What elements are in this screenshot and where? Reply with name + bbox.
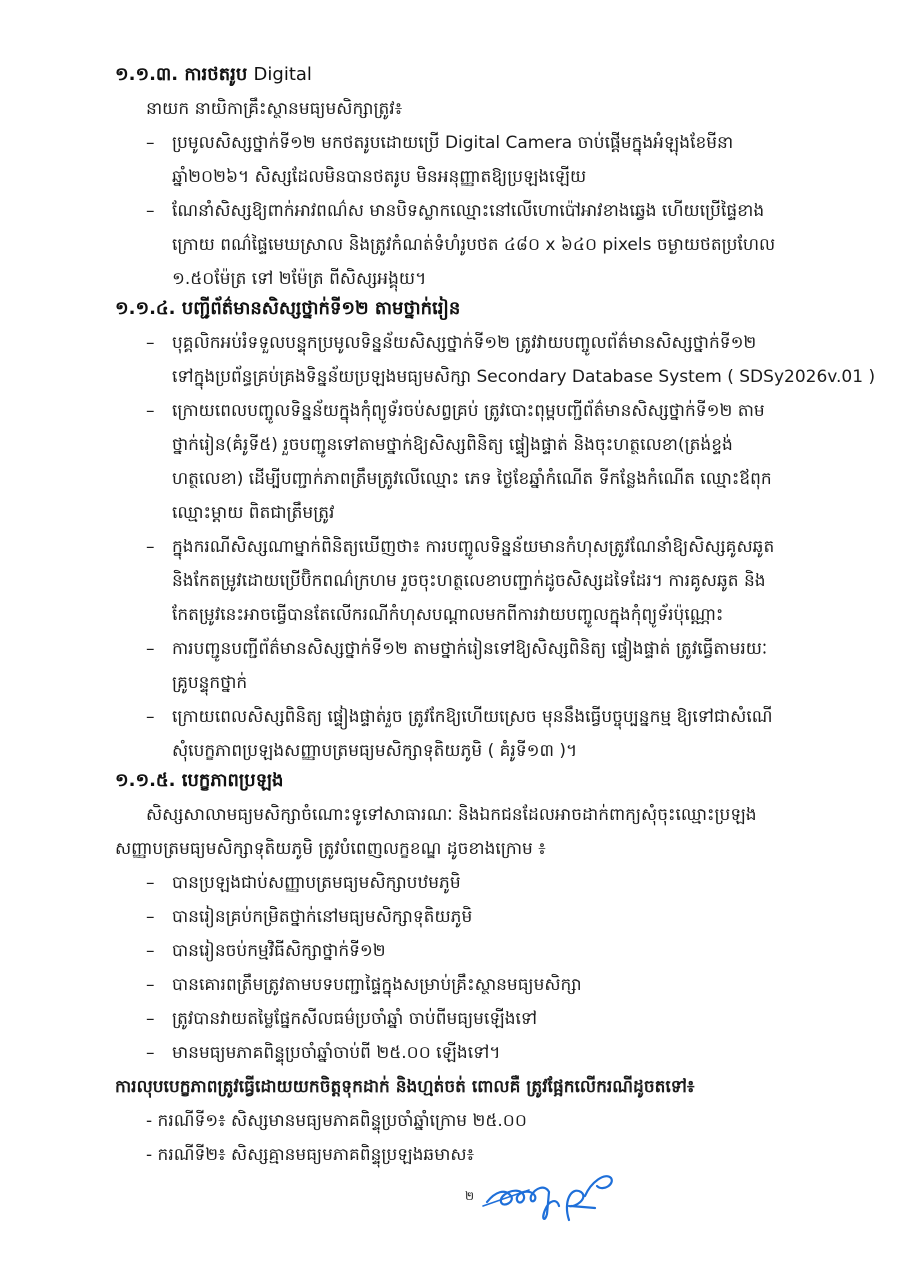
condition-item: –មានមធ្យមភាគពិន្ទុប្រចាំឆ្នាំចាប់ពី ២៥.០…	[146, 1036, 501, 1070]
bullet-line: –បុគ្គលិកអប់រំទទួលបន្ទុកប្រមូលទិន្នន័យសិ…	[146, 326, 756, 360]
bullet-line: ឈ្មោះម្តាយ ពិតជាត្រឹមត្រូវ	[172, 496, 334, 530]
bullet-line: –ប្រមូលសិស្សថ្នាក់ទី១២ មកថតរូបដោយប្រើ Di…	[146, 126, 733, 160]
dash-marker: –	[146, 1036, 172, 1070]
bullet-line: កែតម្រូវនេះអាចធ្វើបានតែលើករណីកំហុសបណ្តាល…	[172, 598, 723, 632]
dash-marker: –	[146, 194, 172, 228]
section-title: ការថតរូប	[184, 64, 247, 85]
bullet-line: ១.៥០ម៉ែត្រ ទៅ ២ម៉ែត្រ ពីសិស្សអង្គុយ។	[172, 262, 426, 296]
condition-item: –បានប្រឡងជាប់សញ្ញាបត្រមធ្យមសិក្សាបឋមភូមិ	[146, 866, 461, 900]
section-number: ១.១.៤.	[115, 298, 176, 319]
bullet-line: ទៅក្នុងប្រព័ន្ធគ្រប់គ្រងទិន្នន័យប្រឡងមធ្…	[172, 360, 875, 394]
condition-text: បានរៀនចប់កម្មវិធីសិក្សាថ្នាក់ទី១២	[172, 941, 386, 961]
dash-marker: –	[146, 900, 172, 934]
condition-text: បានរៀនគ្រប់កម្រិតថ្នាក់នៅមធ្យមសិក្សាទុតិ…	[172, 907, 472, 927]
condition-text: ត្រូវបានវាយតម្លៃផ្នែកសីលធម៌ប្រចាំឆ្នាំ ច…	[172, 1009, 537, 1029]
bullet-line: និងកែតម្រូវដោយប្រើប៊ិកពណ៌ក្រហម រួចចុះហត្…	[172, 564, 766, 598]
section-number: ១.១.៥.	[115, 770, 176, 791]
case-item: - ករណីទី២៖ សិស្សគ្មានមធ្យមភាគពិន្ទុប្រឡង…	[146, 1138, 474, 1172]
section-title: បញ្ជីព័ត៌មានសិស្សថ្នាក់ទី១២ តាមថ្នាក់រៀន	[182, 298, 460, 319]
bullet-line: –ក្រោយពេលសិស្សពិនិត្យ ផ្ទៀងផ្ទាត់រួច ត្រ…	[146, 700, 773, 734]
bullet-line: –ការបញ្ជូនបញ្ជីព័ត៌មានសិស្សថ្នាក់ទី១២ តា…	[146, 632, 767, 666]
removal-note: ការលុបបេក្ខភាពត្រូវធ្វើដោយយកចិត្តទុកដាក់…	[115, 1070, 694, 1104]
dash-marker: –	[146, 934, 172, 968]
bullet-line: –ណែនាំសិស្សឱ្យពាក់អាវពណ៌ស មានបិទស្លាកឈ្ម…	[146, 194, 764, 228]
bullet-text: ក្រោយពេលសិស្សពិនិត្យ ផ្ទៀងផ្ទាត់រួច ត្រូ…	[172, 707, 773, 727]
bullet-line: ថ្នាក់រៀន(គំរូទី៥) រួចបញ្ជូនទៅតាមថ្នាក់ឱ…	[172, 428, 733, 462]
bullet-text: ណែនាំសិស្សឱ្យពាក់អាវពណ៌ស មានបិទស្លាកឈ្មោ…	[172, 201, 764, 221]
section-number: ១.១.៣.	[115, 64, 178, 85]
condition-item: –បានរៀនចប់កម្មវិធីសិក្សាថ្នាក់ទី១២	[146, 934, 386, 968]
document-page: ១.១.៣. ការថតរូប Digital នាយក នាយិកាគ្រឹះ…	[0, 0, 904, 1280]
bullet-text: ក្នុងករណីសិស្សណាម្នាក់ពិនិត្យឃើញថា៖ ការប…	[172, 537, 774, 557]
section-115-heading: ១.១.៥. បេក្ខភាពប្រឡង	[115, 764, 283, 798]
dash-marker: –	[146, 866, 172, 900]
bullet-line: គ្រូបន្ទុកថ្នាក់	[172, 666, 247, 700]
section-114-heading: ១.១.៤. បញ្ជីព័ត៌មានសិស្សថ្នាក់ទី១២ តាមថ្…	[115, 292, 460, 326]
section-title-latin: Digital	[254, 64, 312, 85]
dash-marker: –	[146, 326, 172, 360]
bullet-line: ឆ្នាំ២០២៦។ សិស្សដែលមិនបានថតរូប មិនអនុញ្ញ…	[172, 160, 586, 194]
dash-marker: –	[146, 394, 172, 428]
condition-text: បានប្រឡងជាប់សញ្ញាបត្រមធ្យមសិក្សាបឋមភូមិ	[172, 873, 461, 893]
dash-marker: –	[146, 530, 172, 564]
condition-text: បានគោរពត្រឹមត្រូវតាមបទបញ្ជាផ្ទៃក្នុងសម្រ…	[172, 975, 582, 995]
section-113-heading: ១.១.៣. ការថតរូប Digital	[115, 58, 312, 92]
condition-item: –ត្រូវបានវាយតម្លៃផ្នែកសីលធម៌ប្រចាំឆ្នាំ …	[146, 1002, 537, 1036]
dash-marker: –	[146, 126, 172, 160]
bullet-line: ហត្ថលេខា) ដើម្បីបញ្ជាក់ភាពត្រឹមត្រូវលើឈ្…	[172, 462, 772, 496]
section-115-intro-line: សិស្សសាលាមធ្យមសិក្សាចំណោះទូទៅសាធារណៈ និង…	[146, 798, 757, 832]
bullet-text: បុគ្គលិកអប់រំទទួលបន្ទុកប្រមូលទិន្នន័យសិស…	[172, 333, 756, 353]
dash-marker: –	[146, 632, 172, 666]
bullet-line: –ក្នុងករណីសិស្សណាម្នាក់ពិនិត្យឃើញថា៖ ការ…	[146, 530, 774, 564]
bullet-text: ក្រោយពេលបញ្ចូលទិន្នន័យក្នុងកុំព្យូទ័រចប់…	[172, 401, 765, 421]
bullet-text: ប្រមូលសិស្សថ្នាក់ទី១២ មកថតរូបដោយប្រើ Dig…	[172, 133, 733, 153]
dash-marker: –	[146, 700, 172, 734]
condition-item: –បានរៀនគ្រប់កម្រិតថ្នាក់នៅមធ្យមសិក្សាទុត…	[146, 900, 472, 934]
section-115-intro-line: សញ្ញាបត្រមធ្យមសិក្សាទុតិយភូមិ ត្រូវបំពេញ…	[115, 832, 546, 866]
dash-marker: –	[146, 968, 172, 1002]
condition-item: –បានគោរពត្រឹមត្រូវតាមបទបញ្ជាផ្ទៃក្នុងសម្…	[146, 968, 582, 1002]
bullet-line: –ក្រោយពេលបញ្ចូលទិន្នន័យក្នុងកុំព្យូទ័រចប…	[146, 394, 765, 428]
bullet-line: ក្រោយ ពណ៌ផ្ទៃមេឃស្រាល និងត្រូវកំណត់ទំហំរ…	[172, 228, 775, 262]
section-113-intro: នាយក នាយិកាគ្រឹះស្ថានមធ្យមសិក្សាត្រូវ៖	[146, 92, 402, 126]
section-title: បេក្ខភាពប្រឡង	[182, 770, 284, 791]
case-item: - ករណីទី១៖ សិស្សមានមធ្យមភាគពិន្ទុប្រចាំឆ…	[146, 1104, 527, 1138]
bullet-line: សុំបេក្ខភាពប្រឡងសញ្ញាបត្រមធ្យមសិក្សាទុតិ…	[172, 734, 577, 768]
bullet-text: ការបញ្ជូនបញ្ជីព័ត៌មានសិស្សថ្នាក់ទី១២ តាម…	[172, 639, 767, 659]
condition-text: មានមធ្យមភាគពិន្ទុប្រចាំឆ្នាំចាប់ពី ២៥.០០…	[172, 1043, 501, 1063]
signature-icon	[465, 1162, 615, 1232]
dash-marker: –	[146, 1002, 172, 1036]
